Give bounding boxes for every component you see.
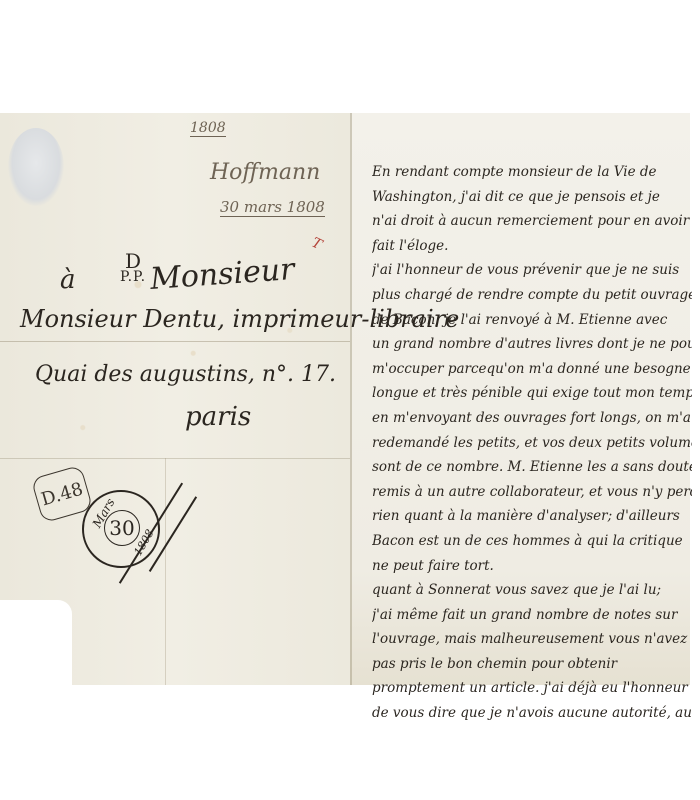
address-prefix: à: [60, 265, 76, 295]
letter-line: Washington, j'ai dit ce que je pensois e…: [372, 185, 692, 210]
letter-line: sont de ce nombre. M. Etienne les a sans…: [372, 455, 692, 480]
letter-line: quant à Sonnerat vous savez que je l'ai …: [372, 578, 692, 603]
postmark: Mars 30 1808: [82, 490, 160, 568]
torn-corner: [0, 600, 72, 690]
letter-line: fait l'éloge.: [372, 234, 692, 259]
wax-seal-impression: [8, 128, 64, 206]
letter-line: l'ouvrage, mais malheureusement vous n'a…: [372, 627, 692, 652]
letter-line: un grand nombre d'autres livres dont je …: [372, 332, 692, 357]
letter-line: en m'envoyant des ouvrages fort longs, o…: [372, 406, 692, 431]
postmark-day: 30: [104, 510, 140, 546]
date-annotation: 30 mars 1808: [220, 198, 325, 217]
center-fold: [350, 113, 352, 685]
letter-line: pas pris le bon chemin pour obtenir: [372, 652, 692, 677]
franking-stamp-bottom: P.P.: [120, 269, 146, 285]
franking-stamp: D P.P.: [120, 253, 146, 285]
letter-line: remis à un autre collaborateur, et vous …: [372, 480, 692, 505]
archive-year: 1808: [190, 120, 226, 137]
recipient-city: paris: [185, 402, 251, 432]
franking-stamp-top: D: [120, 253, 146, 269]
letter-line: de Bacon; je l'ai renvoyé à M. Etienne a…: [372, 308, 692, 333]
letter-line: n'ai droit à aucun remerciement pour en …: [372, 209, 692, 234]
sender-annotation: Hoffmann: [210, 160, 320, 185]
letter-line: rien quant à la manière d'analyser; d'ai…: [372, 504, 692, 529]
fold-line: [0, 458, 350, 459]
letter-line: Bacon est un de ces hommes à qui la crit…: [372, 529, 692, 554]
fold-line: [0, 341, 350, 342]
letter-line: j'ai l'honneur de vous prévenir que je n…: [372, 258, 692, 283]
fold-line: [165, 458, 166, 685]
letter-line: de vous dire que je n'avois aucune autor…: [372, 701, 692, 726]
letter-line: m'occuper parcequ'on m'a donné une besog…: [372, 357, 692, 382]
letter-line: longue et très pénible qui exige tout mo…: [372, 381, 692, 406]
letter-line: j'ai même fait un grand nombre de notes …: [372, 603, 692, 628]
letter-line: En rendant compte monsieur de la Vie de: [372, 160, 692, 185]
letter-line: redemandé les petits, et vos deux petits…: [372, 431, 692, 456]
letter-line: plus chargé de rendre compte du petit ou…: [372, 283, 692, 308]
letter-line: ne peut faire tort.: [372, 554, 692, 579]
recipient-street: Quai des augustins, n°. 17.: [35, 362, 336, 387]
letter-line: promptement un article. j'ai déjà eu l'h…: [372, 676, 692, 701]
letter-body: En rendant compte monsieur de la Vie de …: [372, 160, 692, 726]
